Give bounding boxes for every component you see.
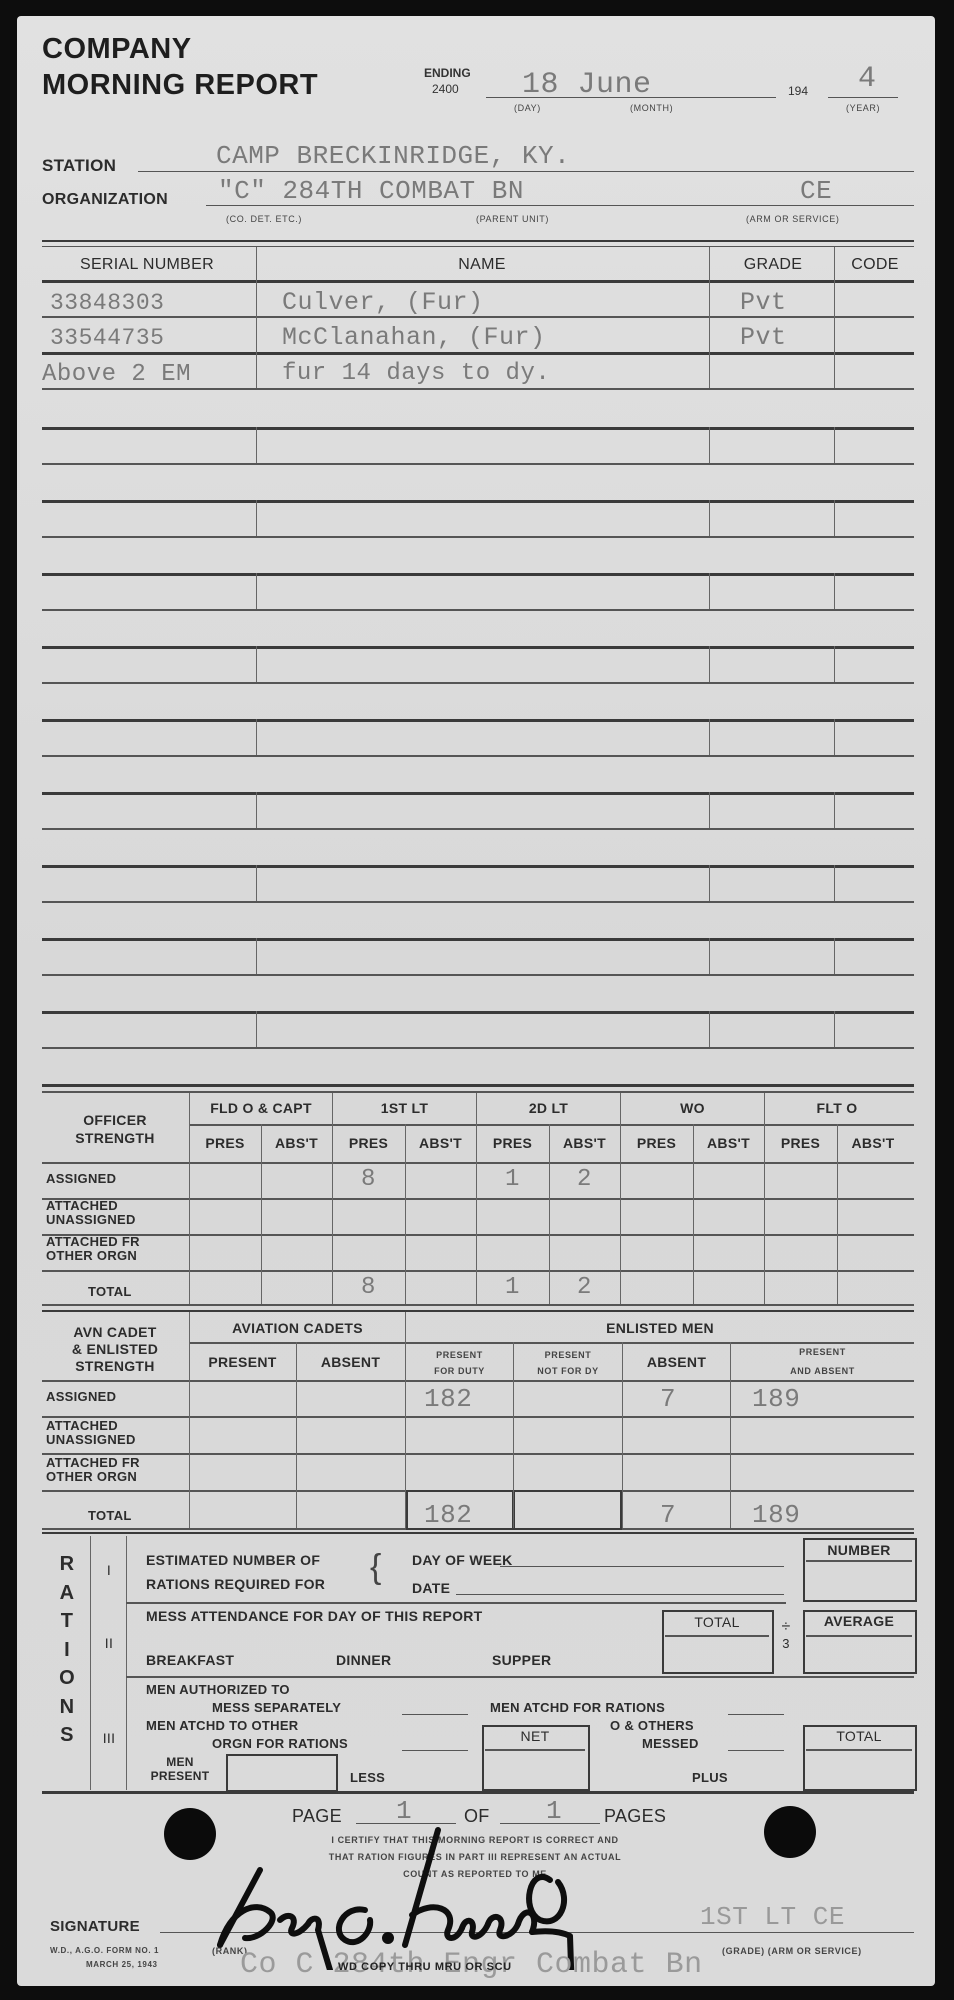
o-others-1: O & OTHERS <box>610 1718 694 1733</box>
sec2-text: MESS ATTENDANCE FOR DAY OF THIS REPORT <box>146 1608 483 1624</box>
station-label: STATION <box>42 156 116 176</box>
col-em-absent: ABSENT <box>623 1354 730 1370</box>
men-present-box[interactable] <box>226 1754 338 1792</box>
day-of-week-label: DAY OF WEEK <box>412 1552 513 1568</box>
group-1st-lt: 1ST LT <box>333 1100 476 1116</box>
group-fld-capt: FLD O & CAPT <box>190 1100 332 1116</box>
year-caption: (YEAR) <box>846 103 880 113</box>
col-pfd-2: FOR DUTY <box>406 1366 513 1376</box>
row1-grade: Pvt <box>740 288 787 317</box>
men-atchd-other-2: ORGN FOR RATIONS <box>212 1736 348 1751</box>
row-attached-unassigned-label: ATTACHED UNASSIGNED <box>46 1199 176 1227</box>
row-attached-fr-label: ATTACHED FR OTHER ORGN <box>46 1235 176 1263</box>
row2-serial: 33544735 <box>50 325 164 351</box>
enlisted-title-1: AVN CADET <box>42 1324 188 1341</box>
sub-pres-3: PRES <box>477 1135 548 1151</box>
em-row-assigned-label: ASSIGNED <box>46 1389 116 1404</box>
em-row-attached-unassigned-label: ATTACHED UNASSIGNED <box>46 1419 176 1447</box>
men-present-1: MEN <box>130 1756 230 1769</box>
off-assigned-2dlt-abst: 2 <box>549 1166 620 1193</box>
row1-name: Culver, (Fur) <box>282 288 484 317</box>
off-total-2dlt-abst: 2 <box>549 1274 620 1301</box>
typed-rank: 1ST LT CE <box>700 1902 845 1932</box>
col-pnfd-2: NOT FOR DY <box>514 1366 622 1376</box>
col-pnfd-1: PRESENT <box>514 1350 622 1360</box>
wd-copy-note: WD COPY THRU MRU OR SCU <box>338 1961 512 1973</box>
day-caption: (DAY) <box>514 103 541 113</box>
arm-caption: (ARM OR SERVICE) <box>746 214 839 224</box>
form-date: MARCH 25, 1943 <box>86 1960 158 1969</box>
form-title-line1: COMPANY <box>42 32 192 66</box>
report-year: 4 <box>858 62 877 96</box>
officer-strength-title-1: OFFICER <box>42 1112 188 1129</box>
officer-strength-title-2: STRENGTH <box>42 1130 188 1147</box>
men-atchd-rations: MEN ATCHD FOR RATIONS <box>490 1700 665 1715</box>
sec1-text1: ESTIMATED NUMBER OF <box>146 1552 320 1568</box>
brace-icon: { <box>370 1548 382 1587</box>
sub-pres-2: PRES <box>333 1135 404 1151</box>
number-label: NUMBER <box>806 1542 912 1558</box>
month-caption: (MONTH) <box>630 103 673 113</box>
organization-value: "C" 284TH COMBAT BN <box>218 176 524 206</box>
total3-label: TOTAL <box>806 1728 912 1744</box>
row3-note-left: Above 2 EM <box>42 361 191 388</box>
sec1-text2: RATIONS REQUIRED FOR <box>146 1576 325 1592</box>
group-flt-o: FLT O <box>765 1100 909 1116</box>
off-assigned-2dlt-pres: 1 <box>477 1166 548 1193</box>
ending-label: ENDING <box>424 66 471 80</box>
sec3-num: III <box>92 1730 126 1746</box>
sub-pres-1: PRES <box>190 1135 260 1151</box>
dinner-label: DINNER <box>336 1652 391 1668</box>
sub-abst-4: ABS'T <box>693 1135 764 1151</box>
em-total-pa: 189 <box>752 1500 800 1530</box>
enlisted-title-3: STRENGTH <box>42 1358 188 1375</box>
em-assigned-pfd: 182 <box>424 1384 472 1414</box>
total-label: TOTAL <box>665 1614 769 1630</box>
organization-label: ORGANIZATION <box>42 191 168 209</box>
em-assigned-pa: 189 <box>752 1384 800 1414</box>
date-label: DATE <box>412 1580 450 1596</box>
divide-by: 3 <box>774 1636 798 1651</box>
off-assigned-1stlt-pres: 8 <box>333 1166 404 1193</box>
row2-grade: Pvt <box>740 323 787 352</box>
col-cadets-absent: ABSENT <box>296 1354 405 1370</box>
signature-label: SIGNATURE <box>50 1918 140 1935</box>
em-assigned-absent: 7 <box>660 1384 676 1414</box>
col-grade: GRADE <box>710 256 836 274</box>
group-2d-lt: 2D LT <box>477 1100 620 1116</box>
breakfast-label: BREAKFAST <box>146 1652 234 1668</box>
off-total-1stlt-pres: 8 <box>333 1274 404 1301</box>
supper-label: SUPPER <box>492 1652 551 1668</box>
col-serial-number: SERIAL NUMBER <box>42 256 252 274</box>
em-total-pfd: 182 <box>424 1500 472 1530</box>
sub-abst-3: ABS'T <box>549 1135 620 1151</box>
em-row-total-label: TOTAL <box>88 1508 132 1523</box>
row3-note-right: fur 14 days to dy. <box>282 360 550 387</box>
grade-caption: (GRADE) (ARM OR SERVICE) <box>722 1946 862 1956</box>
col-name: NAME <box>255 256 709 274</box>
divide-icon: ÷ <box>774 1618 798 1636</box>
men-auth-2: MESS SEPARATELY <box>212 1700 341 1715</box>
em-row-attached-fr-label: ATTACHED FR OTHER ORGN <box>46 1456 176 1484</box>
group-aviation-cadets: AVIATION CADETS <box>190 1320 405 1336</box>
men-present-2: PRESENT <box>130 1770 230 1783</box>
station-value: CAMP BRECKINRIDGE, KY. <box>216 141 570 171</box>
sub-pres-5: PRES <box>765 1135 836 1151</box>
less-label: LESS <box>350 1770 385 1785</box>
net-label: NET <box>485 1728 585 1744</box>
average-label: AVERAGE <box>806 1613 912 1629</box>
form-number: W.D., A.G.O. FORM NO. 1 <box>50 1946 159 1955</box>
sub-pres-4: PRES <box>621 1135 692 1151</box>
sub-abst-1: ABS'T <box>261 1135 332 1151</box>
ending-time: 2400 <box>432 82 459 96</box>
row1-serial: 33848303 <box>50 290 164 316</box>
col-cadets-present: PRESENT <box>190 1354 295 1370</box>
row2-name: McClanahan, (Fur) <box>282 323 546 352</box>
punch-hole-right <box>764 1806 816 1858</box>
sub-abst-2: ABS'T <box>405 1135 476 1151</box>
co-caption: (CO. DET. ETC.) <box>226 214 302 224</box>
sec2-num: II <box>92 1635 126 1651</box>
men-atchd-other-1: MEN ATCHD TO OTHER <box>146 1718 299 1733</box>
parent-unit-caption: (PARENT UNIT) <box>476 214 549 224</box>
plus-label: PLUS <box>692 1770 728 1785</box>
sub-abst-5: ABS'T <box>837 1135 909 1151</box>
row-assigned-label: ASSIGNED <box>46 1171 116 1186</box>
off-total-2dlt-pres: 1 <box>477 1274 548 1301</box>
col-pa-1: PRESENT <box>731 1347 914 1357</box>
year-prefix: 194 <box>788 84 808 98</box>
group-enlisted-men: ENLISTED MEN <box>406 1320 914 1336</box>
sec1-num: I <box>92 1562 126 1578</box>
row-total-label: TOTAL <box>88 1284 132 1299</box>
rations-side-label: RATIONS <box>52 1550 82 1750</box>
group-wo: WO <box>621 1100 764 1116</box>
form-title-line2: MORNING REPORT <box>42 68 318 102</box>
arm-value: CE <box>800 176 832 206</box>
em-total-absent: 7 <box>660 1500 676 1530</box>
enlisted-title-2: & ENLISTED <box>42 1341 188 1358</box>
men-auth-1: MEN AUTHORIZED TO <box>146 1682 290 1697</box>
col-code: CODE <box>836 256 914 274</box>
col-pa-2: AND ABSENT <box>731 1366 914 1376</box>
o-others-2: MESSED <box>642 1736 699 1751</box>
col-pfd-1: PRESENT <box>406 1350 513 1360</box>
